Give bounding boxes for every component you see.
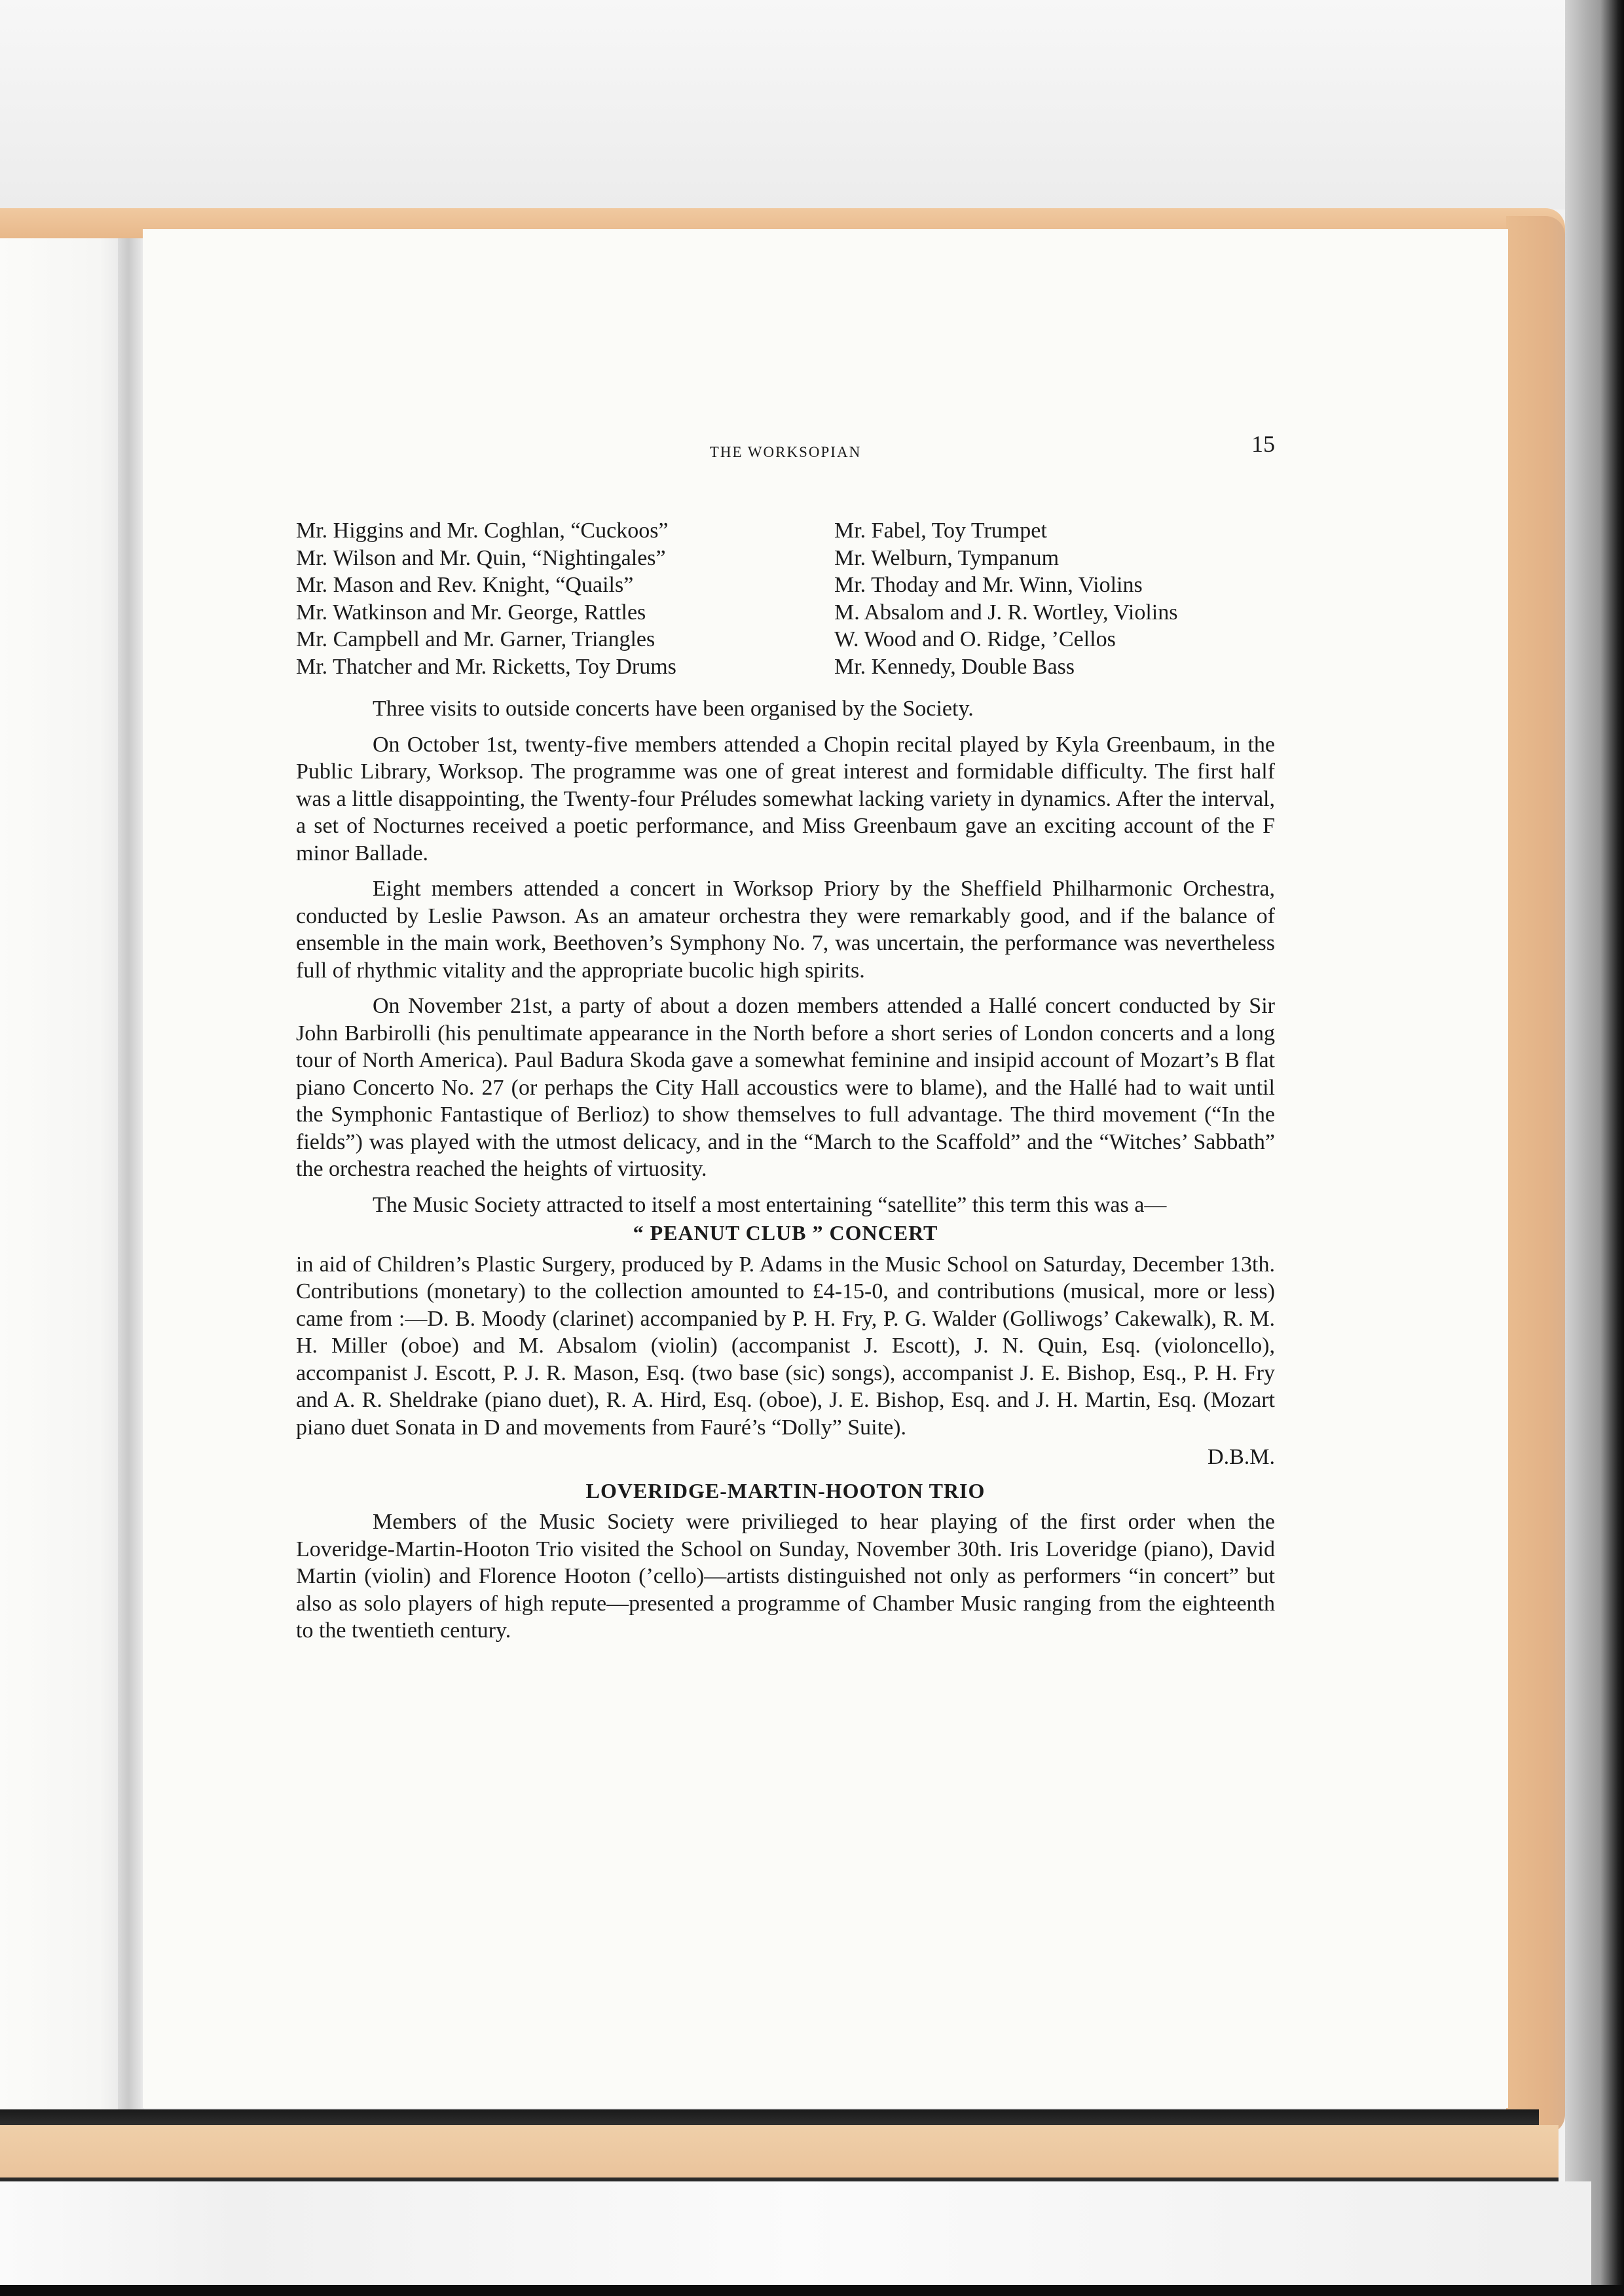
cast-entry: Mr. Mason and Rev. Knight, “Quails” <box>296 572 834 599</box>
cast-entry: Mr. Thoday and Mr. Winn, Violins <box>834 572 1177 599</box>
cast-entry: Mr. Campbell and Mr. Garner, Triangles <box>296 626 834 653</box>
scanner-background-top <box>0 0 1624 210</box>
paragraph-concert-visits: Three visits to outside concerts have be… <box>296 695 1275 723</box>
cast-entry: W. Wood and O. Ridge, ’Cellos <box>834 626 1177 653</box>
article-body: Three visits to outside concerts have be… <box>296 695 1275 1653</box>
cast-list-left-column: Mr. Higgins and Mr. Coghlan, “Cuckoos” M… <box>296 517 834 680</box>
cast-entry: Mr. Welburn, Tympanum <box>834 545 1177 572</box>
cast-entry: Mr. Wilson and Mr. Quin, “Nightingales” <box>296 545 834 572</box>
paragraph-halle-concert: On November 21st, a party of about a doz… <box>296 993 1275 1183</box>
cast-list: Mr. Higgins and Mr. Coghlan, “Cuckoos” M… <box>296 517 1275 680</box>
paragraph-peanut-club: in aid of Children’s Plastic Surgery, pr… <box>296 1251 1275 1442</box>
section-heading-trio: LOVERIDGE-MARTIN-HOOTON TRIO <box>296 1478 1275 1505</box>
running-head: THE WORKSOPIAN <box>296 439 1275 466</box>
cast-entry: Mr. Kennedy, Double Bass <box>834 653 1177 681</box>
paragraph-sheffield-philharmonic: Eight members attended a concert in Work… <box>296 875 1275 984</box>
book-cover-edge-right <box>1506 216 1565 2134</box>
cast-list-right-column: Mr. Fabel, Toy Trumpet Mr. Welburn, Tymp… <box>834 517 1177 680</box>
cast-entry: Mr. Watkinson and Mr. George, Rattles <box>296 599 834 627</box>
scanner-shadow-right <box>1565 0 1624 2296</box>
cast-entry: Mr. Higgins and Mr. Coghlan, “Cuckoos” <box>296 517 834 545</box>
cast-entry: M. Absalom and J. R. Wortley, Violins <box>834 599 1177 627</box>
paragraph-chopin-recital: On October 1st, twenty-five members atte… <box>296 731 1275 867</box>
book-cover-edge-bottom <box>0 2125 1559 2181</box>
page-number: 15 <box>1251 431 1275 458</box>
paragraph-satellite: The Music Society attracted to itself a … <box>296 1192 1275 1219</box>
paragraph-trio: Members of the Music Society were privil… <box>296 1508 1275 1645</box>
scanner-border-bottom <box>0 2285 1624 2296</box>
book-gutter <box>118 238 144 2111</box>
page-bottom-edge <box>0 2109 1539 2125</box>
facing-page-left <box>0 238 124 2111</box>
cast-entry: Mr. Fabel, Toy Trumpet <box>834 517 1177 545</box>
section-heading-peanut-club: “ PEANUT CLUB ” CONCERT <box>296 1220 1275 1247</box>
cast-entry: Mr. Thatcher and Mr. Ricketts, Toy Drums <box>296 653 834 681</box>
scanner-background-bottom <box>0 2181 1591 2286</box>
author-signature: D.B.M. <box>296 1444 1275 1471</box>
